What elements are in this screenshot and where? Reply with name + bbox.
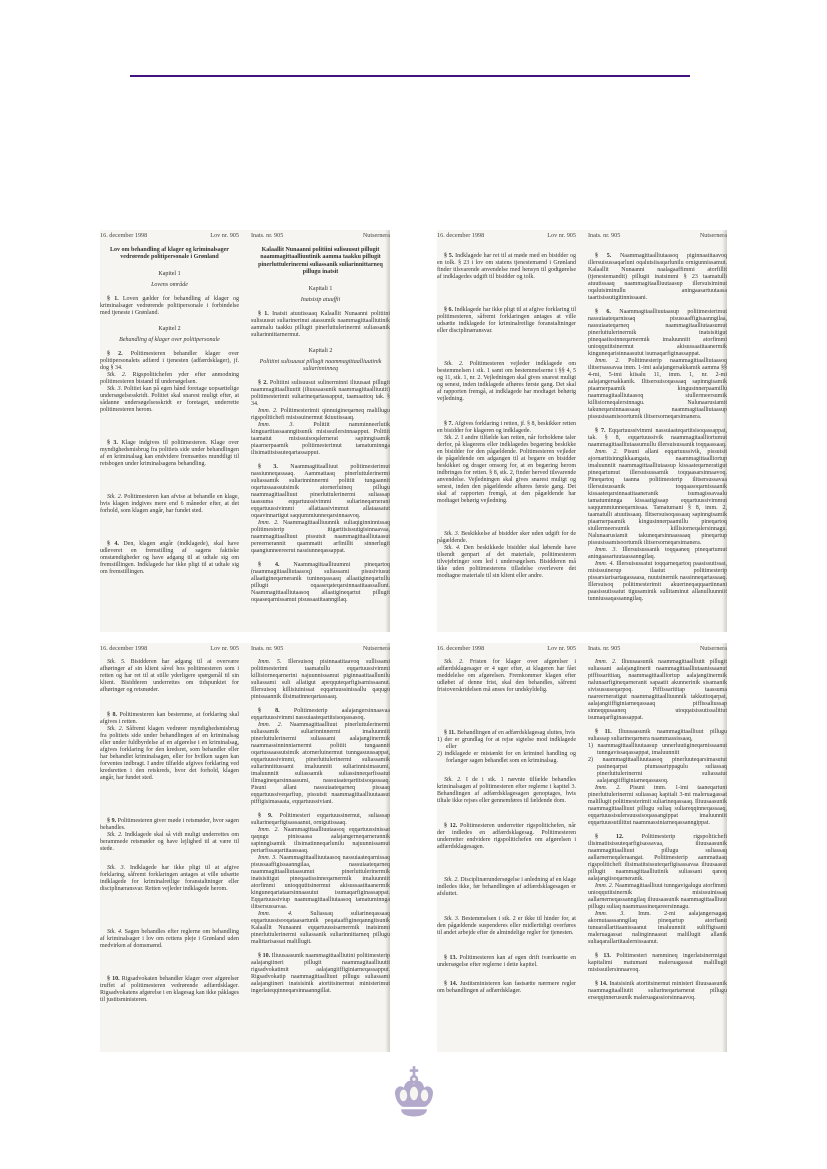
paragraph-lead: § 3. <box>107 440 121 446</box>
page-header-left: 16. december 1998 Lov nr. 905 <box>100 232 239 240</box>
paragraph-lead: § 11. <box>444 730 457 736</box>
paragraph-lead: § 1. <box>107 296 123 302</box>
paragraph: Imm. 2. Politimesterip naammagittaalliut… <box>588 358 727 421</box>
paragraph-lead: Stk. 2. <box>107 372 132 378</box>
paragraph: § 4. Den, klagen angår (indklagede), ska… <box>100 541 239 576</box>
paragraph-lead: Imm. 2. <box>258 827 283 833</box>
paragraph-lead: § 10. <box>107 976 122 982</box>
paragraph: § 1. Loven gælder for behandling af klag… <box>100 296 239 317</box>
paragraph: § 3. Naammagittaalliuut politimesterimut… <box>251 464 390 520</box>
paragraph-lead: Imm. 2. <box>595 785 630 791</box>
header-lov-nr: Lov nr. 905 <box>210 645 239 653</box>
paragraph-lead: § 14. <box>444 981 460 987</box>
paragraph: Stk. 3. Beskikkelse af bisidder sker ude… <box>437 531 576 545</box>
paragraph: § 14. Justitsministeren kan fastsætte næ… <box>437 981 576 995</box>
scanned-page-1: 16. december 1998 Lov nr. 905 Inats. nr.… <box>100 230 390 632</box>
chapter-subheading: Behandling af klager over politipersonal… <box>100 337 239 344</box>
page-header-right: Inats. nr. 905 Nutsernera <box>251 232 390 240</box>
paragraph-lead: Imm. 5. <box>258 659 288 665</box>
paragraph: Imm. 4. Suliassaq suliarineqassaaq eqqar… <box>251 911 390 946</box>
paragraph: Stk. 5. Bisidderen har adgang til at ove… <box>100 659 239 694</box>
chapter-heading: Kapitel 2 <box>100 326 239 333</box>
paragraph-lead: § 4. <box>107 541 123 547</box>
paragraph-lead: Stk. 3. <box>444 531 461 537</box>
paragraph-lead: § 10. <box>258 953 272 959</box>
paragraph-lead: Imm. 4. <box>258 911 310 917</box>
page-header: 16. december 1998 Lov nr. 905 Inats. nr.… <box>437 645 727 653</box>
paragraph: § 13. Politimesteri nammineq ingerlatsin… <box>588 953 727 974</box>
paragraph: Imm. 2. Iliuusaasunik naammagittaalliuti… <box>588 659 727 722</box>
paragraph-lead: § 14. <box>595 981 609 987</box>
header-lov-nr: Lov nr. 905 <box>547 645 576 653</box>
top-divider-rule <box>130 75 690 77</box>
paragraph-lead: § 2. <box>258 380 270 386</box>
list-item: 2) indklagede er mistænkt for en krimine… <box>437 751 576 765</box>
header-lov-nr: Lov nr. 905 <box>210 232 239 240</box>
paragraph-lead: Imm. 2. <box>258 408 281 414</box>
paragraph-lead: Stk. 4. <box>107 929 125 935</box>
crown-watermark-icon <box>391 1066 437 1120</box>
page-header: 16. december 1998 Lov nr. 905 Inats. nr.… <box>100 232 390 240</box>
header-nutsernera: Nutsernera <box>363 232 390 240</box>
paragraph-lead: § 8. <box>107 712 119 718</box>
chapter-heading: Kapitali 2 <box>251 348 390 355</box>
paragraph: § 13. Politimesteren kan af egen drift i… <box>437 955 576 969</box>
danish-column: Lov om behandling af klager og kriminals… <box>100 246 239 604</box>
paragraph-lead: Stk. 2. <box>107 494 124 500</box>
chapter-heading: Kapitali 1 <box>251 286 390 293</box>
danish-column: Stk. 5. Bisidderen har adgang til at ove… <box>100 659 239 1004</box>
paragraph: Stk. 4. Den beskikkede bisidder skal løb… <box>437 545 576 580</box>
chapter-subheading: Politiini sulisuusut pillugit naammagitt… <box>251 359 390 373</box>
paragraph-lead: Imm. 3. <box>258 422 313 428</box>
greenlandic-column: Imm. 2. Iliuusaasunik naammagittaalliuti… <box>588 659 727 1002</box>
paragraph-lead: § 3. <box>258 464 290 470</box>
scanned-page-4: 16. december 1998 Lov nr. 905 Inats. nr.… <box>437 643 727 1052</box>
paragraph: § 5. Indklagede har ret til at møde med … <box>437 253 576 281</box>
paragraph-lead: Imm. 2. <box>595 358 628 364</box>
paragraph: § 6. Naammagitaalliuutaasup politimester… <box>588 309 727 358</box>
paragraph: § 12. Politimesterip rigspolitichefi ili… <box>588 834 727 883</box>
paragraph: § 1. Inatsit atuutissaaq Kalaallit Nunaa… <box>251 311 390 339</box>
paragraph: § 3. Klage indgives til politimesteren. … <box>100 440 239 468</box>
paragraph-lead: Stk. 5. <box>107 659 131 665</box>
page-header: 16. december 1998 Lov nr. 905 Inats. nr.… <box>100 645 390 653</box>
paragraph-lead: § 6. <box>595 309 619 315</box>
header-inats-nr: Inats. nr. 905 <box>588 645 620 653</box>
danish-column: Stk. 2. Fristen for klager over afgørels… <box>437 659 576 1002</box>
paragraph-lead: Imm. 2. <box>258 722 290 728</box>
chapter-subheading: Lovens område <box>100 282 239 289</box>
paragraph: Stk. 3. Indklagede har ikke pligt til at… <box>100 865 239 893</box>
greenlandic-column: § 5. Naammagittaalliutaasoq piginnaatita… <box>588 246 727 603</box>
paragraph: Stk. 2. I de i stk. 1 nævnte tilfælde be… <box>437 777 576 805</box>
header-nutsernera: Nutsernera <box>700 645 727 653</box>
paragraph-lead: § 6. <box>444 307 455 313</box>
header-nutsernera: Nutsernera <box>700 232 727 240</box>
paragraph-lead: § 12. <box>595 834 642 840</box>
paragraph: Imm. 2. Naammagittaalliuunnik suliaqigin… <box>251 520 390 555</box>
paragraph: Stk. 2. Såfremt klagen vedrører myndighe… <box>100 726 239 782</box>
paragraph: § 2. Politiini sulisuusut sulinerminni i… <box>251 380 390 408</box>
danish-column: § 5. Indklagede har ret til at møde med … <box>437 246 576 603</box>
paragraph: Imm. 2. Politimesterimit qinnuigineqarne… <box>251 408 390 422</box>
two-column-text: § 5. Indklagede har ret til at møde med … <box>437 246 727 603</box>
greenlandic-column: Imm. 5. Illersuisoq pisinnaatitaavoq sul… <box>251 659 390 1004</box>
paragraph: Stk. 3. Bestemmelsen i stk. 2 er ikke ti… <box>437 916 576 937</box>
paragraph-lead: Imm. 2. <box>595 449 624 455</box>
page-header-left: 16. december 1998 Lov nr. 905 <box>100 645 239 653</box>
header-lov-nr: Lov nr. 905 <box>547 232 576 240</box>
paragraph-lead: 2) <box>588 757 603 763</box>
scanned-page-3: 16. december 1998 Lov nr. 905 Inats. nr.… <box>100 643 390 1052</box>
paragraph-lead: § 4. <box>258 562 293 568</box>
paragraph-lead: Imm. 2. <box>258 520 283 526</box>
greenlandic-column: Kalaallit Nunaanni politiini sulisuusut … <box>251 246 390 604</box>
paragraph-lead: Stk. 2. <box>444 659 470 665</box>
paragraph-lead: § 7. <box>444 421 455 427</box>
paragraph-lead: 1) <box>588 743 598 749</box>
law-title: Lov om behandling af klager og kriminals… <box>102 247 237 262</box>
page-header-right: Inats. nr. 905 Nutsernera <box>588 232 727 240</box>
paragraph-lead: Imm. 2. <box>595 883 615 889</box>
two-column-text: Stk. 5. Bisidderen har adgang til at ove… <box>100 659 390 1004</box>
paragraph-lead: § 13. <box>595 953 616 959</box>
paragraph-lead: Imm. 3. <box>595 547 622 553</box>
paragraph-lead: Stk. 2. <box>107 832 125 838</box>
paragraph: Stk. 2. I andre tilfælde kan retten, når… <box>437 435 576 505</box>
paragraph: Imm. 3. Politiit namminneerlutik kinguar… <box>251 422 390 457</box>
paragraph: § 5. Naammagittaalliutaasoq piginnaatita… <box>588 253 727 302</box>
paragraph: § 10. Iliuusaasunik naammagittaalliutini… <box>251 953 390 995</box>
paragraph-lead: § 1. <box>258 311 272 317</box>
paragraph: § 4. Naammagittaalliuummi pineqartoq (na… <box>251 562 390 604</box>
page-header-left: 16. december 1998 Lov nr. 905 <box>437 645 576 653</box>
paragraph: § 14. Inatsisinik atortitsinernut minist… <box>588 981 727 1002</box>
list-item: 1) der er grundlag for at rejse sigtelse… <box>437 737 576 751</box>
header-inats-nr: Inats. nr. 905 <box>588 232 620 240</box>
page-header: 16. december 1998 Lov nr. 905 Inats. nr.… <box>437 232 727 240</box>
paragraph: Stk. 2. Fristen for klager over afgørels… <box>437 659 576 694</box>
paragraph: Imm. 3. Imm. 2-mi aalajangersagaq akornu… <box>588 911 727 946</box>
paragraph: Imm. 2. Naammagittaalliuut tunngavigalug… <box>588 883 727 911</box>
paragraph: § 11. Iliuusaasunik naammagittaalliuut p… <box>588 729 727 743</box>
paragraph-lead: § 5. <box>444 253 455 259</box>
paragraph-lead: § 2. <box>107 351 131 357</box>
paragraph: § 7. Afgives forklaring i retten, jf. § … <box>437 421 576 435</box>
paragraph: § 9. Politimesteri eqqartuussinernut, su… <box>251 813 390 827</box>
page-header-left: 16. december 1998 Lov nr. 905 <box>437 232 576 240</box>
paragraph: Stk. 2. Indklagede skal så vidt muligt u… <box>100 832 239 853</box>
list-item: 1) naammagittaalliuutaasup unnerluutigin… <box>588 743 727 757</box>
paragraph-lead: Imm. 2. <box>595 659 621 665</box>
paragraph-lead: § 5. <box>595 253 620 259</box>
paragraph-lead: § 12. <box>444 823 460 829</box>
paragraph: § 6. Indklagede har ikke pligt til at af… <box>437 307 576 335</box>
paragraph-lead: Stk. 3. <box>444 916 461 922</box>
paragraph-lead: § 13. <box>444 955 460 961</box>
paragraph-lead: Stk. 2. <box>444 877 460 883</box>
paragraph-lead: Stk. 3. <box>107 865 130 871</box>
header-date: 16. december 1998 <box>100 645 147 653</box>
paragraph-lead: Stk. 2. <box>444 361 470 367</box>
paragraph: Imm. 4. Illersuisussatut toqqarneqartoq … <box>588 561 727 603</box>
paragraph: § 11. Behandlingen af en adfærdsklagesag… <box>437 730 576 737</box>
paragraph: Stk. 3. Politiet kan på egen hånd foreta… <box>100 386 239 414</box>
paragraph-lead: Imm. 3. <box>258 855 279 861</box>
header-date: 16. december 1998 <box>437 232 484 240</box>
two-column-text: Stk. 2. Fristen for klager over afgørels… <box>437 659 727 1002</box>
paragraph: Imm. 2. Naammagittaalliuutaasoq eqqartuu… <box>251 827 390 855</box>
paragraph: Imm. 3. Illersuisussanik toqqaaneq pineq… <box>588 547 727 561</box>
paragraph-lead: § 9. <box>258 813 280 819</box>
paragraph: § 7. Eqqartuussivimmi nassuiaateqartitsi… <box>588 428 727 449</box>
header-date: 16. december 1998 <box>437 645 484 653</box>
paragraph: § 8. Politimesterip aalajangersinnaavaa … <box>251 708 390 722</box>
header-inats-nr: Inats. nr. 905 <box>251 232 283 240</box>
paragraph: § 10. Rigsadvokaten behandler klager ove… <box>100 976 239 1004</box>
paragraph-lead: Stk. 2. <box>444 777 466 783</box>
paragraph: Imm. 2. Pisuni allani eqqartuussivik, pi… <box>588 449 727 547</box>
paragraph-lead: § 7. <box>595 428 609 434</box>
paragraph: § 8. Politimesteren kan bestemme, at for… <box>100 712 239 726</box>
paragraph-lead: 2) <box>437 751 445 757</box>
header-inats-nr: Inats. nr. 905 <box>251 645 283 653</box>
paragraph: Stk. 4. Sagen behandles efter reglerne o… <box>100 929 239 950</box>
paragraph: § 9. Politimesteren giver møde i retsmød… <box>100 818 239 832</box>
paragraph: § 12. Politimesteren underretter rigspol… <box>437 823 576 851</box>
page-header-right: Inats. nr. 905 Nutsernera <box>251 645 390 653</box>
paragraph: Stk. 2. Politimesteren vejleder indklage… <box>437 361 576 403</box>
paragraph: Imm. 3. Naammagittaalliuutaasoq nassuiaa… <box>251 855 390 911</box>
paragraph-lead: Stk. 4. <box>444 545 464 551</box>
paragraph-lead: § 9. <box>107 818 118 824</box>
paragraph-lead: Stk. 2. <box>107 726 126 732</box>
paragraph-lead: Imm. 4. <box>595 561 616 567</box>
paragraph-lead: 1) <box>437 737 445 743</box>
paragraph: Stk. 2. Disciplinærundersøgelse i anledn… <box>437 877 576 898</box>
paragraph-lead: Imm. 3. <box>595 911 638 917</box>
paragraph-lead: Stk. 2. <box>444 435 461 441</box>
chapter-heading: Kapitel 1 <box>100 271 239 278</box>
list-item: 2) naammagittaalliuutaasoq pinerluuteqar… <box>588 757 727 785</box>
law-title: Kalaallit Nunaanni politiini sulisuusut … <box>253 247 388 277</box>
scanned-page-2: 16. december 1998 Lov nr. 905 Inats. nr.… <box>437 230 727 632</box>
document-canvas: { "doc": { "top_rule_color": "#40127e", … <box>0 0 827 1169</box>
two-column-text: Lov om behandling af klager og kriminals… <box>100 246 390 604</box>
paragraph-lead: Stk. 3. <box>107 386 124 392</box>
header-nutsernera: Nutsernera <box>363 645 390 653</box>
paragraph-lead: § 11. <box>595 729 618 735</box>
paragraph: Imm. 2. Naammagittaalliuut pinerluttuler… <box>251 722 390 806</box>
header-date: 16. december 1998 <box>100 232 147 240</box>
page-header-right: Inats. nr. 905 Nutsernera <box>588 645 727 653</box>
paragraph: Stk. 2. Politimesteren kan afvise at beh… <box>100 494 239 515</box>
paragraph: Imm. 5. Illersuisoq pisinnaatitaavoq sul… <box>251 659 390 701</box>
paragraph: § 2. Politimesteren behandler klager ove… <box>100 351 239 372</box>
paragraph: Stk. 2. Rigspolitichefen yder efter anmo… <box>100 372 239 386</box>
paragraph-lead: § 8. <box>258 708 294 714</box>
chapter-subheading: Inatsisip atuuffii <box>251 297 390 304</box>
paragraph: Imm. 2. Pisuni imm. 1-imi taaneqartuni p… <box>588 785 727 827</box>
